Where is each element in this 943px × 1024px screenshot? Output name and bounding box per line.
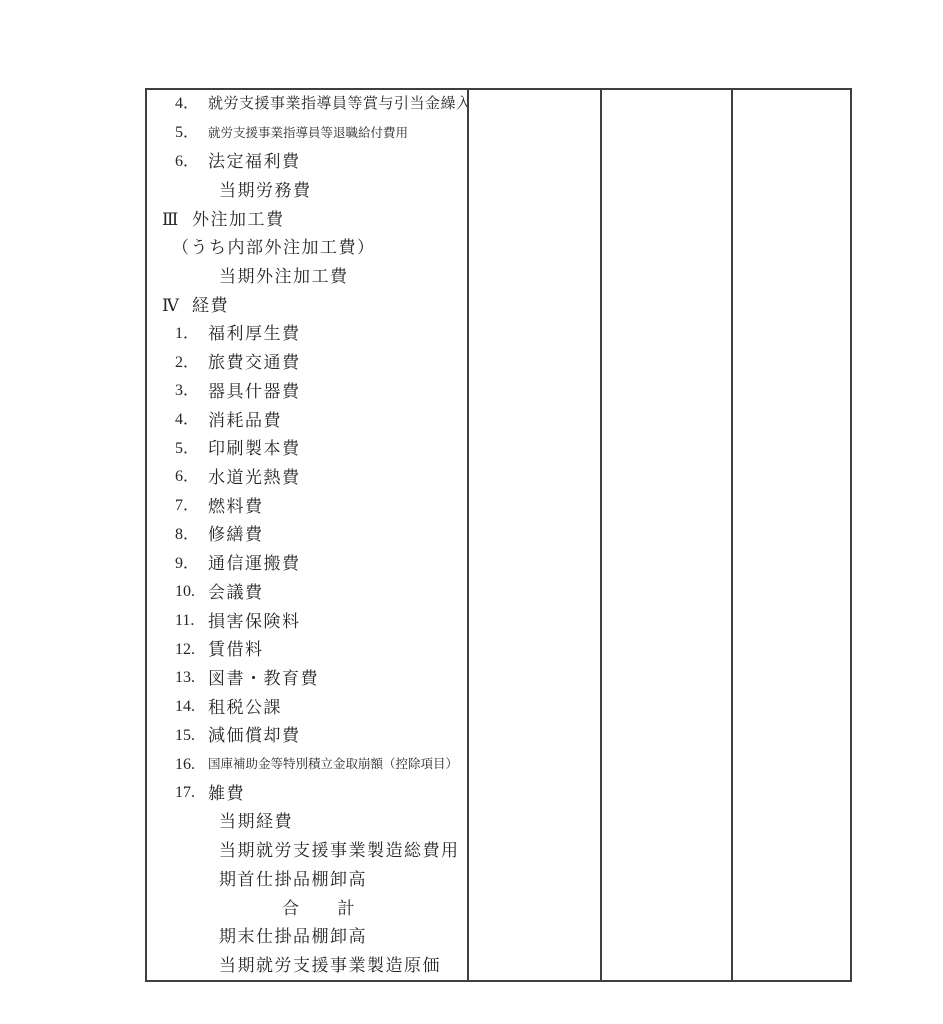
- item-number: 5．: [175, 441, 208, 457]
- item-label: 消耗品費: [208, 412, 282, 429]
- table-row: 14.租税公課: [147, 693, 467, 722]
- table-row: 10.会議費: [147, 578, 467, 607]
- item-number: 17.: [175, 785, 208, 801]
- table-row: 6．法定福利費: [147, 147, 467, 176]
- item-label: 国庫補助金等特別積立金取崩額（控除項目）: [208, 758, 458, 771]
- item-label: 就労支援事業指導員等賞与引当金繰入: [208, 97, 469, 112]
- table-row: 17.雑費: [147, 779, 467, 808]
- item-label: 当期就労支援事業製造総費用: [219, 842, 460, 859]
- item-label: 雑費: [208, 785, 245, 802]
- item-number: 12.: [175, 642, 208, 658]
- amount-column-3: [733, 90, 850, 980]
- item-label: 賃借料: [208, 641, 264, 658]
- item-number: 14.: [175, 699, 208, 715]
- item-number: 10.: [175, 584, 208, 600]
- item-number: 9．: [175, 556, 208, 572]
- item-number: 13.: [175, 670, 208, 686]
- item-number: 11.: [175, 613, 208, 629]
- item-label: 当期外注加工費: [219, 268, 349, 285]
- table-row: 11.損害保険料: [147, 607, 467, 636]
- item-number: 4．: [175, 412, 208, 428]
- item-label: 修繕費: [208, 526, 264, 543]
- table-row: 13.図書・教育費: [147, 664, 467, 693]
- item-label: 会議費: [208, 584, 264, 601]
- table-row: 当期就労支援事業製造総費用: [147, 836, 467, 865]
- item-label: 期首仕掛品棚卸高: [219, 871, 367, 888]
- table-row: 当期外注加工費: [147, 262, 467, 291]
- table-row: 4．消耗品費: [147, 406, 467, 435]
- table-row: 8．修繕費: [147, 521, 467, 550]
- item-label: 損害保険料: [208, 613, 301, 630]
- items-column: 4．就労支援事業指導員等賞与引当金繰入5．就労支援事業指導員等退職給付費用6．法…: [147, 90, 469, 980]
- item-label: 印刷製本費: [208, 440, 301, 457]
- item-label: 燃料費: [208, 498, 264, 515]
- item-number: 6．: [175, 154, 208, 170]
- item-number: 8．: [175, 527, 208, 543]
- document-page: 4．就労支援事業指導員等賞与引当金繰入5．就労支援事業指導員等退職給付費用6．法…: [0, 0, 943, 1024]
- table-row: 当期労務費: [147, 176, 467, 205]
- item-label: 当期経費: [219, 813, 293, 830]
- item-number: 7．: [175, 498, 208, 514]
- item-label: （うち内部外注加工費）: [172, 239, 376, 256]
- item-label: 法定福利費: [208, 153, 301, 170]
- item-number: 16.: [175, 757, 208, 773]
- item-label: 器具什器費: [208, 383, 301, 400]
- table-row: 4．就労支援事業指導員等賞与引当金繰入: [147, 90, 467, 119]
- table-row: 5．就労支援事業指導員等退職給付費用: [147, 119, 467, 148]
- item-label: 旅費交通費: [208, 354, 301, 371]
- table-row: （うち内部外注加工費）: [147, 234, 467, 263]
- item-label: 経費: [192, 297, 229, 314]
- table-row: 合 計: [147, 894, 467, 923]
- table-row: 期首仕掛品棚卸高: [147, 865, 467, 894]
- table-row: 9．通信運搬費: [147, 549, 467, 578]
- table-row: 16.国庫補助金等特別積立金取崩額（控除項目）: [147, 750, 467, 779]
- item-label: 水道光熱費: [208, 469, 301, 486]
- item-number: 15.: [175, 728, 208, 744]
- item-label: 当期就労支援事業製造原価: [219, 957, 441, 974]
- item-number: 3．: [175, 383, 208, 399]
- item-number: Ⅲ: [162, 211, 192, 228]
- item-label: 図書・教育費: [208, 670, 319, 687]
- table-row: 当期就労支援事業製造原価: [147, 951, 467, 980]
- table-row: 5．印刷製本費: [147, 434, 467, 463]
- item-number: 6．: [175, 469, 208, 485]
- item-label: 外注加工費: [192, 211, 285, 228]
- item-label: 減価償却費: [208, 727, 301, 744]
- table-row: 12.賃借料: [147, 635, 467, 664]
- table-row: 2．旅費交通費: [147, 348, 467, 377]
- amount-column-1: [469, 90, 602, 980]
- table-row: 当期経費: [147, 808, 467, 837]
- table-row: 7．燃料費: [147, 492, 467, 521]
- table-row: 3．器具什器費: [147, 377, 467, 406]
- table-row: 15.減価償却費: [147, 721, 467, 750]
- item-number: 1．: [175, 326, 208, 342]
- manufacturing-cost-table: 4．就労支援事業指導員等賞与引当金繰入5．就労支援事業指導員等退職給付費用6．法…: [145, 88, 852, 982]
- item-number: 2．: [175, 355, 208, 371]
- item-label: 当期労務費: [219, 182, 312, 199]
- item-number: Ⅳ: [162, 297, 192, 314]
- table-row: Ⅳ経費: [147, 291, 467, 320]
- item-number: 5．: [175, 125, 208, 141]
- table-row: 1．福利厚生費: [147, 320, 467, 349]
- item-label: 福利厚生費: [208, 325, 301, 342]
- item-label: 租税公課: [208, 699, 282, 716]
- item-label: 通信運搬費: [208, 555, 301, 572]
- item-label: 期末仕掛品棚卸高: [219, 928, 367, 945]
- item-number: 4．: [175, 96, 208, 112]
- item-label: 就労支援事業指導員等退職給付費用: [208, 127, 408, 140]
- table-row: 期末仕掛品棚卸高: [147, 922, 467, 951]
- amount-column-2: [602, 90, 733, 980]
- table-row: Ⅲ外注加工費: [147, 205, 467, 234]
- table-row: 6．水道光熱費: [147, 463, 467, 492]
- item-label: 合 計: [282, 900, 356, 917]
